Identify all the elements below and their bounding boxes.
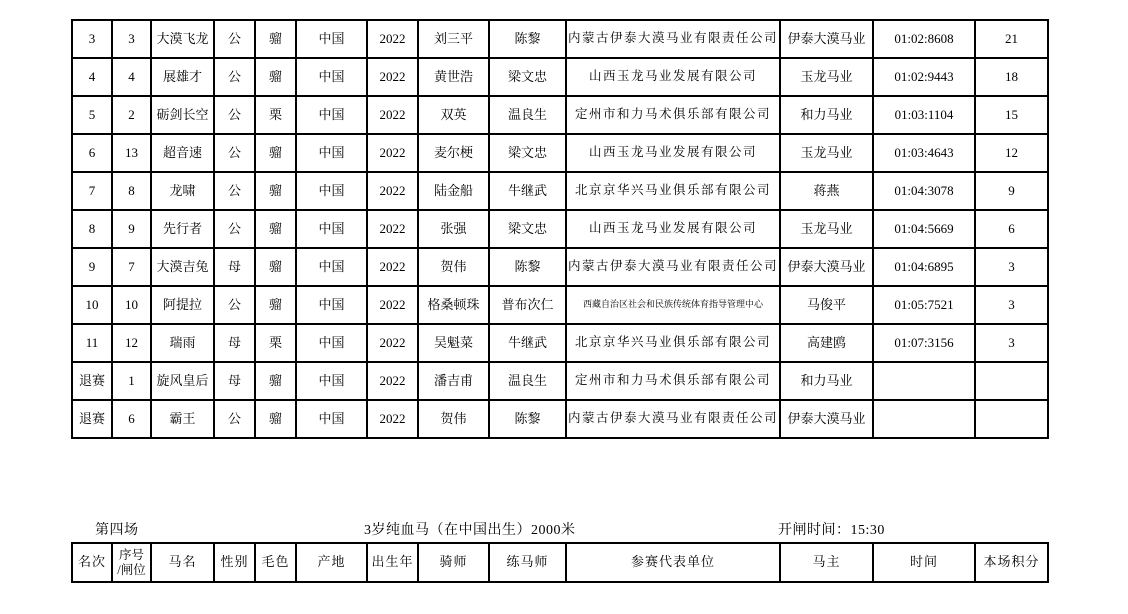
cell-draw: 10 [112,286,151,324]
cell-owner: 玉龙马业 [780,58,873,96]
cell-rank: 3 [72,20,112,58]
cell-owner: 高建鸥 [780,324,873,362]
header-trainer: 练马师 [489,543,566,582]
cell-horse-name: 霸王 [151,400,214,438]
document-page: 33大漠飞龙公骝中国2022刘三平陈黎内蒙古伊泰大漠马业有限责任公司伊泰大漠马业… [0,0,1128,614]
cell-jockey: 吴魁菜 [418,324,489,362]
cell-unit: 山西玉龙马业发展有限公司 [566,210,780,248]
cell-sex: 公 [214,400,255,438]
cell-points: 3 [975,248,1048,286]
cell-rank: 6 [72,134,112,172]
cell-time: 01:05:7521 [873,286,975,324]
cell-birth-year: 2022 [367,286,418,324]
table-row: 1112瑞雨母栗中国2022吴魁菜牛继武北京京华兴马业俱乐部有限公司高建鸥01:… [72,324,1048,362]
cell-rank: 4 [72,58,112,96]
cell-points: 21 [975,20,1048,58]
cell-coat-color: 栗 [255,324,296,362]
cell-unit: 西藏自治区社会和民族传统体育指导管理中心 [566,286,780,324]
cell-rank: 10 [72,286,112,324]
race-start-time: 开闸时间：15:30 [778,519,885,539]
table-row: 1010阿提拉公骝中国2022格桑顿珠普布次仁西藏自治区社会和民族传统体育指导管… [72,286,1048,324]
cell-unit: 内蒙古伊泰大漠马业有限责任公司 [566,248,780,286]
cell-birth-year: 2022 [367,248,418,286]
cell-trainer: 温良生 [489,96,566,134]
cell-horse-name: 大漠吉兔 [151,248,214,286]
cell-time: 01:04:3078 [873,172,975,210]
cell-birth-year: 2022 [367,172,418,210]
cell-sex: 公 [214,96,255,134]
cell-horse-name: 砺剑长空 [151,96,214,134]
cell-birth-year: 2022 [367,400,418,438]
cell-sex: 公 [214,210,255,248]
cell-unit: 定州市和力马术俱乐部有限公司 [566,96,780,134]
cell-rank: 退赛 [72,362,112,400]
cell-origin: 中国 [296,400,367,438]
cell-jockey: 贺伟 [418,248,489,286]
cell-points: 6 [975,210,1048,248]
cell-jockey: 双英 [418,96,489,134]
cell-birth-year: 2022 [367,134,418,172]
cell-owner: 和力马业 [780,96,873,134]
cell-rank: 5 [72,96,112,134]
cell-time: 01:02:8608 [873,20,975,58]
cell-origin: 中国 [296,286,367,324]
cell-coat-color: 骝 [255,172,296,210]
cell-coat-color: 骝 [255,20,296,58]
cell-time: 01:04:6895 [873,248,975,286]
table-row: 97大漠吉兔母骝中国2022贺伟陈黎内蒙古伊泰大漠马业有限责任公司伊泰大漠马业0… [72,248,1048,286]
cell-trainer: 梁文忠 [489,210,566,248]
header-owner: 马主 [780,543,873,582]
cell-points [975,362,1048,400]
cell-trainer: 普布次仁 [489,286,566,324]
cell-draw: 8 [112,172,151,210]
cell-birth-year: 2022 [367,58,418,96]
cell-owner: 伊泰大漠马业 [780,248,873,286]
cell-horse-name: 阿提拉 [151,286,214,324]
cell-trainer: 陈黎 [489,20,566,58]
cell-horse-name: 龙啸 [151,172,214,210]
race-class-label: 3岁纯血马（在中国出生）2000米 [364,519,576,539]
table-row: 78龙啸公骝中国2022陆金船牛继武北京京华兴马业俱乐部有限公司蒋燕01:04:… [72,172,1048,210]
cell-origin: 中国 [296,58,367,96]
cell-jockey: 格桑顿珠 [418,286,489,324]
cell-horse-name: 瑞雨 [151,324,214,362]
cell-time [873,400,975,438]
cell-draw: 1 [112,362,151,400]
cell-unit: 内蒙古伊泰大漠马业有限责任公司 [566,400,780,438]
cell-points: 3 [975,324,1048,362]
next-race-header-table: 名次 序号 /闸位 马名 性别 毛色 产地 出生年 骑师 练马师 参赛代表单位 … [71,542,1049,583]
cell-unit: 山西玉龙马业发展有限公司 [566,134,780,172]
cell-draw: 3 [112,20,151,58]
cell-coat-color: 骝 [255,210,296,248]
cell-jockey: 贺伟 [418,400,489,438]
cell-birth-year: 2022 [367,362,418,400]
cell-jockey: 黄世浩 [418,58,489,96]
cell-points [975,400,1048,438]
cell-sex: 公 [214,20,255,58]
cell-sex: 母 [214,362,255,400]
cell-rank: 7 [72,172,112,210]
header-row: 名次 序号 /闸位 马名 性别 毛色 产地 出生年 骑师 练马师 参赛代表单位 … [72,543,1048,582]
cell-owner: 和力马业 [780,362,873,400]
table-row: 退赛1旋风皇后母骝中国2022潘吉甫温良生定州市和力马术俱乐部有限公司和力马业 [72,362,1048,400]
header-birth-year: 出生年 [367,543,418,582]
header-rank: 名次 [72,543,112,582]
header-jockey: 骑师 [418,543,489,582]
cell-owner: 伊泰大漠马业 [780,20,873,58]
table-row: 89先行者公骝中国2022张强梁文忠山西玉龙马业发展有限公司玉龙马业01:04:… [72,210,1048,248]
cell-trainer: 温良生 [489,362,566,400]
cell-owner: 蒋燕 [780,172,873,210]
cell-rank: 9 [72,248,112,286]
cell-rank: 退赛 [72,400,112,438]
cell-sex: 公 [214,58,255,96]
cell-points: 18 [975,58,1048,96]
cell-jockey: 潘吉甫 [418,362,489,400]
cell-origin: 中国 [296,248,367,286]
cell-time: 01:03:1104 [873,96,975,134]
cell-owner: 伊泰大漠马业 [780,400,873,438]
cell-origin: 中国 [296,324,367,362]
cell-time [873,362,975,400]
header-points: 本场积分 [975,543,1048,582]
cell-owner: 马俊平 [780,286,873,324]
cell-time: 01:02:9443 [873,58,975,96]
cell-owner: 玉龙马业 [780,134,873,172]
cell-draw: 6 [112,400,151,438]
header-coat-color: 毛色 [255,543,296,582]
cell-horse-name: 超音速 [151,134,214,172]
cell-coat-color: 骝 [255,248,296,286]
cell-coat-color: 骝 [255,362,296,400]
cell-birth-year: 2022 [367,324,418,362]
header-draw: 序号 /闸位 [112,543,151,582]
cell-time: 01:04:5669 [873,210,975,248]
cell-draw: 9 [112,210,151,248]
cell-unit: 内蒙古伊泰大漠马业有限责任公司 [566,20,780,58]
cell-coat-color: 骝 [255,400,296,438]
cell-coat-color: 栗 [255,96,296,134]
next-race-meta: 第四场 3岁纯血马（在中国出生）2000米 开闸时间：15:30 [0,519,1128,537]
cell-jockey: 张强 [418,210,489,248]
cell-owner: 玉龙马业 [780,210,873,248]
cell-points: 3 [975,286,1048,324]
cell-unit: 山西玉龙马业发展有限公司 [566,58,780,96]
cell-draw: 2 [112,96,151,134]
cell-points: 12 [975,134,1048,172]
cell-unit: 定州市和力马术俱乐部有限公司 [566,362,780,400]
header-origin: 产地 [296,543,367,582]
cell-sex: 母 [214,248,255,286]
cell-jockey: 麦尔梗 [418,134,489,172]
table-row: 52砺剑长空公栗中国2022双英温良生定州市和力马术俱乐部有限公司和力马业01:… [72,96,1048,134]
cell-draw: 7 [112,248,151,286]
cell-origin: 中国 [296,362,367,400]
cell-coat-color: 骝 [255,134,296,172]
table-row: 44展雄才公骝中国2022黄世浩梁文忠山西玉龙马业发展有限公司玉龙马业01:02… [72,58,1048,96]
table-row: 退赛6霸王公骝中国2022贺伟陈黎内蒙古伊泰大漠马业有限责任公司伊泰大漠马业 [72,400,1048,438]
cell-jockey: 陆金船 [418,172,489,210]
cell-trainer: 梁文忠 [489,134,566,172]
header-horse-name: 马名 [151,543,214,582]
cell-horse-name: 展雄才 [151,58,214,96]
cell-origin: 中国 [296,134,367,172]
cell-time: 01:07:3156 [873,324,975,362]
cell-rank: 8 [72,210,112,248]
table-row: 33大漠飞龙公骝中国2022刘三平陈黎内蒙古伊泰大漠马业有限责任公司伊泰大漠马业… [72,20,1048,58]
race-number-label: 第四场 [95,519,139,539]
table-row: 613超音速公骝中国2022麦尔梗梁文忠山西玉龙马业发展有限公司玉龙马业01:0… [72,134,1048,172]
cell-trainer: 梁文忠 [489,58,566,96]
cell-trainer: 陈黎 [489,400,566,438]
cell-sex: 公 [214,172,255,210]
cell-origin: 中国 [296,96,367,134]
cell-coat-color: 骝 [255,286,296,324]
cell-unit: 北京京华兴马业俱乐部有限公司 [566,324,780,362]
cell-rank: 11 [72,324,112,362]
cell-sex: 母 [214,324,255,362]
cell-horse-name: 大漠飞龙 [151,20,214,58]
cell-points: 15 [975,96,1048,134]
cell-trainer: 陈黎 [489,248,566,286]
cell-origin: 中国 [296,20,367,58]
cell-birth-year: 2022 [367,20,418,58]
cell-trainer: 牛继武 [489,172,566,210]
cell-jockey: 刘三平 [418,20,489,58]
cell-origin: 中国 [296,172,367,210]
cell-draw: 13 [112,134,151,172]
header-sex: 性别 [214,543,255,582]
cell-trainer: 牛继武 [489,324,566,362]
cell-horse-name: 旋风皇后 [151,362,214,400]
cell-horse-name: 先行者 [151,210,214,248]
cell-unit: 北京京华兴马业俱乐部有限公司 [566,172,780,210]
header-unit: 参赛代表单位 [566,543,780,582]
header-time: 时间 [873,543,975,582]
cell-points: 9 [975,172,1048,210]
cell-draw: 12 [112,324,151,362]
cell-time: 01:03:4643 [873,134,975,172]
cell-draw: 4 [112,58,151,96]
cell-sex: 公 [214,286,255,324]
cell-birth-year: 2022 [367,210,418,248]
cell-birth-year: 2022 [367,96,418,134]
race-results-table: 33大漠飞龙公骝中国2022刘三平陈黎内蒙古伊泰大漠马业有限责任公司伊泰大漠马业… [71,19,1049,439]
cell-sex: 公 [214,134,255,172]
cell-coat-color: 骝 [255,58,296,96]
race-results-body: 33大漠飞龙公骝中国2022刘三平陈黎内蒙古伊泰大漠马业有限责任公司伊泰大漠马业… [72,20,1048,438]
cell-origin: 中国 [296,210,367,248]
